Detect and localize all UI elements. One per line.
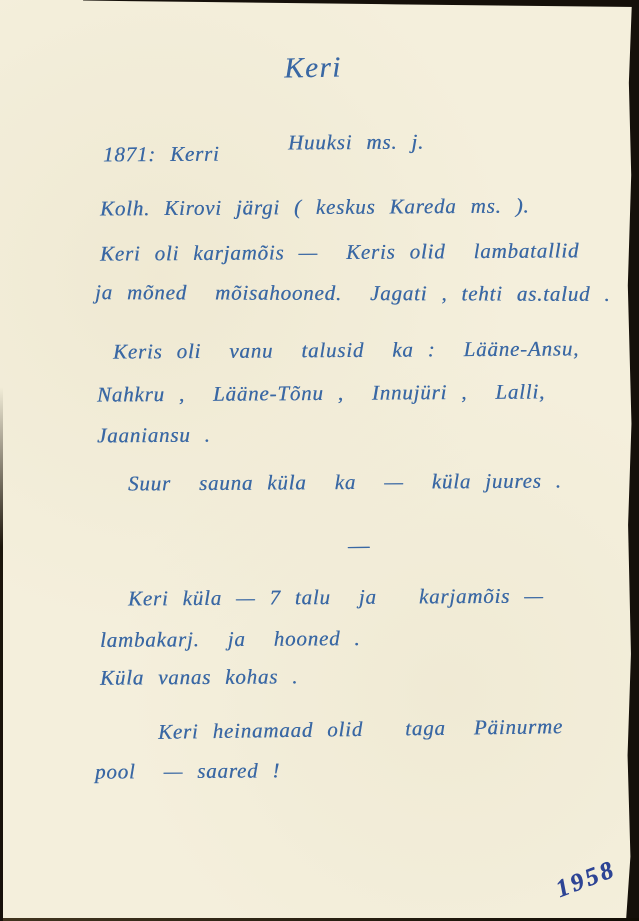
scan-edge-top bbox=[0, 0, 639, 7]
handwriting-line: Keris oli vanu talusid ka : Lääne-Ansu, bbox=[113, 336, 579, 364]
handwriting-line: 1871: Kerri bbox=[103, 142, 220, 168]
handwriting-line: ja mõned mõisahooned. Jagati , tehti as.… bbox=[95, 280, 611, 307]
scan-edge-left bbox=[0, 387, 3, 921]
page-title: Keri bbox=[0, 47, 626, 91]
manuscript-page: Keri 1871: Kerri Huuksi ms. j. Kolh. Kir… bbox=[0, 0, 639, 921]
handwriting-line: Huuksi ms. j. bbox=[288, 130, 424, 156]
year-note: 1958 bbox=[552, 856, 620, 904]
scan-edge-right bbox=[626, 0, 639, 921]
handwriting-line: Keri küla — 7 talu ja karjamõis — bbox=[128, 584, 544, 612]
handwriting-line: Jaaniansu . bbox=[97, 423, 211, 449]
handwriting-line: lambakarj. ja hooned . bbox=[100, 626, 361, 653]
handwriting-line: Keri oli karjamõis — Keris olid lambatal… bbox=[100, 238, 579, 266]
section-divider: — bbox=[348, 533, 370, 560]
handwriting-line: pool — saared ! bbox=[95, 758, 280, 784]
handwriting-line: Küla vanas kohas . bbox=[100, 664, 298, 690]
handwriting-line: Kolh. Kirovi järgi ( keskus Kareda ms. )… bbox=[100, 194, 530, 222]
handwriting-line: Suur sauna küla ka — küla juures . bbox=[128, 468, 562, 496]
handwriting-line: Keri heinamaad olid taga Päinurme bbox=[158, 714, 563, 745]
handwriting-line: Nahkru , Lääne-Tõnu , Innujüri , Lalli, bbox=[97, 379, 545, 407]
